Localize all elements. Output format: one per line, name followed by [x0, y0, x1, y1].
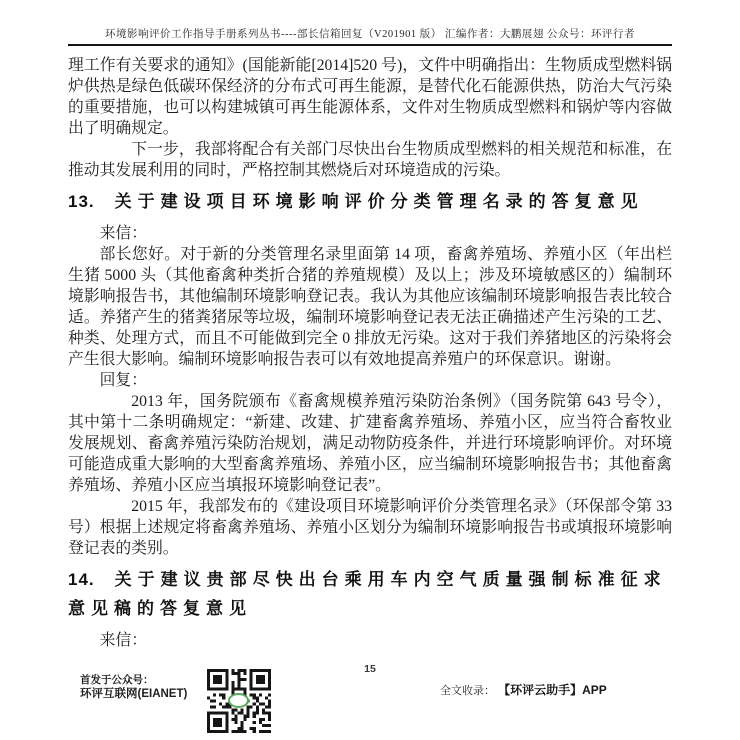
- footer-publisher: 首发于公众号： 环评互联网(EIANET): [80, 674, 187, 701]
- section-14-heading: 14.关于建议贵部尽快出台乘用车内空气质量强制标准征求意见稿的答复意见: [68, 565, 672, 623]
- footer-publisher-line2: 环评互联网(EIANET): [80, 687, 187, 701]
- paragraph-next-step: 下一步，我部将配合有关部门尽快出台生物质成型燃料的相关规范和标准，在推动其发展利…: [68, 139, 672, 181]
- section-13-reply-label: 回复：: [68, 370, 672, 391]
- section-14-title: 关于建议贵部尽快出台乘用车内空气质量强制标准征求意见稿的答复意见: [68, 570, 667, 618]
- section-13-letter-body: 部长您好。对于新的分类管理名录里面第 14 项，畜禽养殖场、养殖小区（年出栏生猪…: [68, 244, 672, 370]
- section-13-reply-paragraph-1: 2013 年，国务院颁布《畜禽规模养殖污染防治条例》（国务院第 643 号令），…: [68, 391, 672, 496]
- qr-code: [207, 669, 271, 735]
- paragraph-continuation: 理工作有关要求的通知》(国能新能[2014]520 号)，文件中明确指出：生物质…: [68, 55, 672, 139]
- footer-publisher-line1: 首发于公众号：: [80, 674, 187, 687]
- document-page: 环境影响评价工作指导手册系列丛书----部长信箱回复（V201901 版） 汇编…: [0, 0, 740, 740]
- section-13-number: 13.: [68, 192, 95, 211]
- section-13-heading: 13.关于建设项目环境影响评价分类管理名录的答复意见: [68, 187, 672, 216]
- section-13-title: 关于建设项目环境影响评价分类管理名录的答复意见: [115, 192, 644, 211]
- section-14-letter-label: 来信：: [68, 630, 672, 651]
- page-header: 环境影响评价工作指导手册系列丛书----部长信箱回复（V201901 版） 汇编…: [68, 26, 672, 46]
- section-13-letter-label: 来信：: [68, 223, 672, 244]
- qr-center-logo: [228, 693, 249, 708]
- footer-app-name: 【环评云助手】APP: [498, 683, 607, 697]
- section-13-reply-paragraph-2: 2015 年，我部发布的《建设项目环境影响评价分类管理名录》（环保部令第 33 …: [68, 496, 672, 559]
- document-body: 理工作有关要求的通知》(国能新能[2014]520 号)，文件中明确指出：生物质…: [68, 55, 672, 665]
- header-title: 环境影响评价工作指导手册系列丛书----部长信箱回复（V201901 版） 汇编…: [68, 26, 672, 41]
- footer-app-label: 全文收录：: [440, 685, 498, 697]
- footer-app-note: 全文收录： 【环评云助手】APP: [440, 681, 607, 698]
- section-14-number: 14.: [68, 570, 95, 589]
